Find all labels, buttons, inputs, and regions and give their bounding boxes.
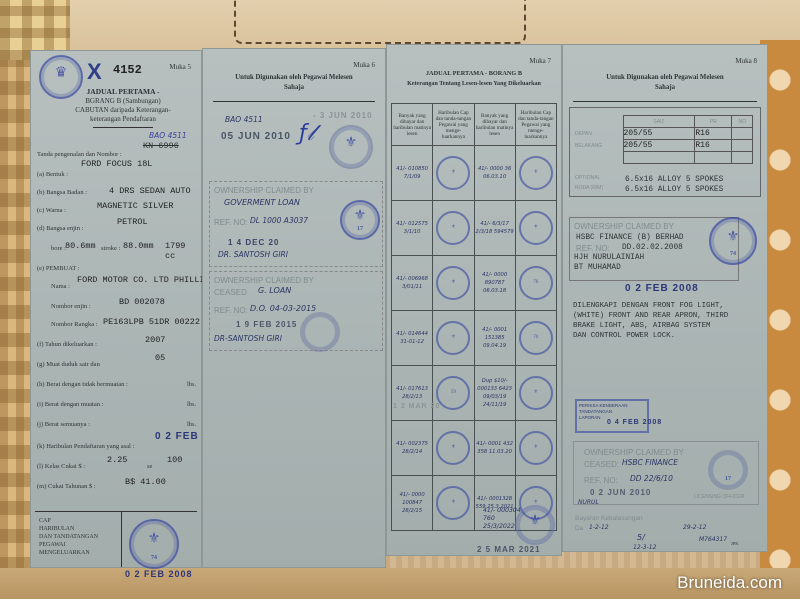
table-header: Banyak yang dibayar dan haribulan matiny… [392,104,557,146]
bottom-date-stamp: 2 5 MAR 2021 [477,545,541,554]
table-row: 41/- 014644 31-01-12 ⚜ 41/- 0001 151385 … [392,311,557,366]
ownership-ceased-box: OWNERSHIP CLAIMED BY CEASED: HSBC FINANC… [573,441,759,505]
date-stamp: 0 2 FEB 2008 [625,283,699,294]
ceased-value: HSBC FINANCE [622,458,678,467]
equipment-note: DILENGKAPI DENGAN FRONT FOG LIGHT, (WHIT… [573,301,728,341]
table-row: 41/- 010850 7/1/09 ⚜ 41/- 0000 36 06.03.… [392,146,557,201]
officer-name: DR. SANTOSH GIRI [218,250,288,259]
page-5: ♛ X 4152 Muka 5 JADUAL PERTAMA - BGRANG … [30,50,202,568]
serial-number: 4152 [113,63,142,77]
vehicle-registration-booklet: ♛ X 4152 Muka 5 JADUAL PERTAMA - BGRANG … [30,44,768,572]
date-stamp: 1 9 FEB 2015 [236,320,297,329]
field-laden-weight: (i) Berat dengan muatan : lbs. [37,401,197,408]
seal-stamp-icon: 76 [519,266,553,300]
field-unladen-weight: (h) Berat dengan tidak bermuatan : lbs. [37,381,197,388]
field-bangsa-badan: (b) Bangsa Badan : 4 DRS SEDAN AUTO [37,189,197,196]
owner-name-line-2: BT MUHAMAD [574,264,621,272]
chassis-number-value: PE163LPB 51DR 00222 [103,317,200,327]
tablecloth-left [0,60,32,599]
page-label: Muka 7 [529,57,551,65]
seal-stamp-icon: ⚜ [519,211,553,245]
watermark: Bruneida.com [677,573,782,593]
officer-name: DR-SANTOSH GIRI [214,334,282,343]
year-value: 2007 [145,335,165,345]
table-row: BELAKANG 205/55 R16 [575,140,753,152]
body-type-value: 4 DRS SEDAN AUTO [109,186,191,196]
official-seal-stamp: ⚜74 [129,519,179,569]
table-row: 41/- 006968 3/01/11 ⚜ 41/- 0000 890787 0… [392,256,557,311]
reg-number-old: KN 6996 [143,141,179,151]
field-total-weight: (j) Berat semuanya : lbs. [37,421,197,428]
faded-date-stamp: 1 2 MAR 20 [393,403,440,410]
dashed-tablecloth-pattern [234,0,526,44]
table-row: DEPAN 205/55 R16 [575,128,753,140]
ceased-value: G. LOAN [258,286,291,295]
seal-stamp-icon: ⚜ [436,321,470,355]
faded-seal-stamp: 17 [708,450,748,490]
field-tax-class: (l) Kelas Cukai $ : 2.25 se 100 [37,463,197,470]
official-seal-stamp: ⚜17 [340,200,380,240]
ownership-claim-box: OWNERSHIP CLAIMED BY GOVERMENT LOAN REF.… [209,181,383,267]
field-bangsa-enjin: (d) Bangsa enjin : PETROL [37,225,197,232]
field-warna: (c) Warna : MAGNETIC SILVER [37,207,197,214]
ownership-ceased-box: OWNERSHIP CLAIMED BY CEASED G. LOAN REF.… [209,271,383,351]
rim-spec: 6.5x16 ALLOY 5 SPOKES 6.5x16 ALLOY 5 SPO… [625,175,723,195]
seal-stamp-icon: ⚜ [436,211,470,245]
field-seats: (g) Muat duduk sair dan 05 [37,361,197,368]
engine-number-value: BD 002078 [119,297,165,307]
serial-prefix: X [87,59,102,85]
field-identification: Tanda pengenalan dan Nombor : FORD FOCUS… [37,151,197,158]
field-nama: Nama : FORD MOTOR CO. LTD PHILLIPINE [37,283,197,290]
cap-date-stamp: 0 2 FEB 2008 [125,569,193,579]
faded-seal-stamp [300,312,340,352]
field-original-registration-date: (k) Haribulan Pendaftaran yang asal : [37,443,197,450]
page-label: Muka 5 [169,63,191,71]
seal-stamp-icon: 76 [519,321,553,355]
seats-value: 05 [155,353,165,363]
seal-stamp-icon: ⚜ [436,486,470,520]
seal-stamp-icon: ⚜ [519,376,553,410]
page-label: Muka 6 [353,61,375,69]
field-bentuk: (a) Bentuk : [37,171,197,178]
inspection-stamp: PERIKSA KENDERAAN TANDATANGAN LAPORAN 0 … [575,399,649,433]
field-chassis-number: Nombor Rangka : PE163LPB 51DR 00222 [37,321,197,328]
official-seal-stamp: ⚜74 [709,217,757,265]
officer-name: NURUL [578,498,599,507]
tax-class-value: 2.25 [107,455,127,465]
seal-stamp-icon: ⚜ [436,431,470,465]
page-8: Muka 8 Untuk Digunakan oleh Pegawai Mele… [562,44,768,552]
seal-stamp-icon: 59 [436,376,470,410]
fuel-value: PETROL [117,217,148,227]
owner-name-line-1: HJH NURULAINIAH [574,254,644,262]
licence-history-table: Banyak yang dibayar dan haribulan matiny… [391,103,557,531]
field-bore-stroke: bore : 80.6mm stroke : 88.0mm 1799 cc [37,245,197,252]
faded-date-stamp: - 3 JUN 2010 [313,111,373,120]
field-year: (f) Tahun dikeluarkan : 2007 [37,341,197,348]
page-7: Muka 7 JADUAL PERTAMA - BORANG B Keteran… [386,44,562,556]
reg-number-new: BAO 4511 [149,131,187,140]
seal-stamp-icon: ⚜ [436,266,470,300]
ref-number: DL 1000 A3037 [250,216,308,225]
date-stamp: 0 2 JUN 2010 [590,488,651,497]
handwritten-reg: BAO 4511 [225,115,263,124]
page-6: Muka 6 Untuk Digunakan oleh Pegawai Mele… [202,48,386,568]
id-value: FORD FOCUS 18L [81,159,152,169]
page-title: Untuk Digunakan oleh Pegawai Melesen Sah… [213,73,375,93]
claimant: GOVERMENT LOAN [224,198,300,207]
annual-tax-value: B$ 41.00 [125,477,166,487]
page-title: JADUAL PERTAMA - BGRANG B (Sambungan) CA… [51,87,195,128]
ref-number: D.O. 04-03-2015 [250,304,316,313]
page-title: JADUAL PERTAMA - BORANG B Keterangan Ten… [389,69,559,89]
cap-label: CAP HARIBULAN DAN TANDATANGAN PEGAWAI ME… [39,517,98,557]
field-annual-tax: (m) Cukai Tahunan $ : B$ 41.00 [37,483,197,490]
page-title: Untuk Digunakan oleh Pegawai Melesen Sah… [571,73,759,93]
seal-stamp-icon: ⚜ [436,156,470,190]
signature: ƒ𝓁 [299,129,314,138]
official-seal-stamp: ⚜ [329,125,373,169]
tyre-table: SAIZ PR NO DEPAN 205/55 R16 BELAKANG 205… [575,115,753,164]
bore-value: 80.6mm [65,241,96,251]
page-label: Muka 8 [735,57,757,65]
claimant: HSBC FINANCE (B) BERHAD [576,234,684,242]
table-row: 41/- 012575 3/1/10 ⚜ 41/- 6/3/17 2/3/18 … [392,201,557,256]
seal-stamp-icon: ⚜ [519,156,553,190]
stroke-value: 88.0mm [123,241,154,251]
color-value: MAGNETIC SILVER [97,201,174,211]
date-stamp: 1 4 DEC 20 [228,238,279,247]
table-row: 41/- 002375 28/2/14 ⚜ 41/- 0001 432 358 … [392,421,557,476]
table-row: 41/- 017613 28/2/13 59 Dup $10/- 000133 … [392,366,557,421]
tax-class-value2: 100 [167,455,182,465]
date-stamp: 05 JUN 2010 [221,131,291,142]
cc-value: 1799 cc [165,241,197,261]
field-engine-number: Nombor enjin : BD 002078 [37,303,197,310]
ref-number: DD.02.02.2008 [622,244,683,252]
seal-stamp-icon: ⚜ [519,431,553,465]
field-pembuat: (e) PEMBUAT : [37,265,197,272]
official-seal-stamp: ⚜ [515,505,555,545]
ref-number: DD 22/6/10 [630,474,673,483]
